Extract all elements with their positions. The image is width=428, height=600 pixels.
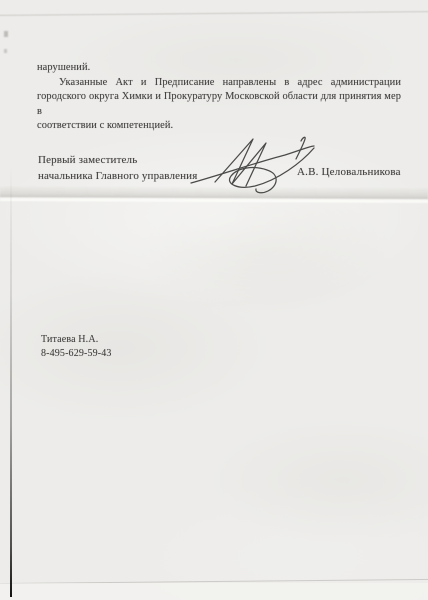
paragraph-line-2: городского округа Химки и Прокуратуру Мо…: [37, 90, 401, 119]
continuation-line: нарушений.: [37, 61, 401, 76]
pencil-mark: [4, 49, 7, 53]
body-text: нарушений. Указанные Акт и Предписание н…: [37, 61, 401, 134]
pencil-mark: [4, 31, 8, 37]
handwritten-signature: [183, 130, 323, 200]
fold-crease-top: [0, 11, 428, 16]
signer-name: А.В. Целовальникова: [297, 166, 401, 178]
contact-name: Титаева Н.А.: [41, 333, 112, 347]
scanned-letter-page: нарушений. Указанные Акт и Предписание н…: [0, 0, 428, 600]
scan-edge-shadow: [10, 165, 13, 597]
contact-phone: 8-495-629-59-43: [41, 347, 112, 361]
paragraph-line-1: Указанные Акт и Предписание направлены в…: [37, 76, 401, 91]
paper-edge-band: [0, 583, 428, 600]
executor-contact: Титаева Н.А. 8-495-629-59-43: [41, 333, 112, 360]
